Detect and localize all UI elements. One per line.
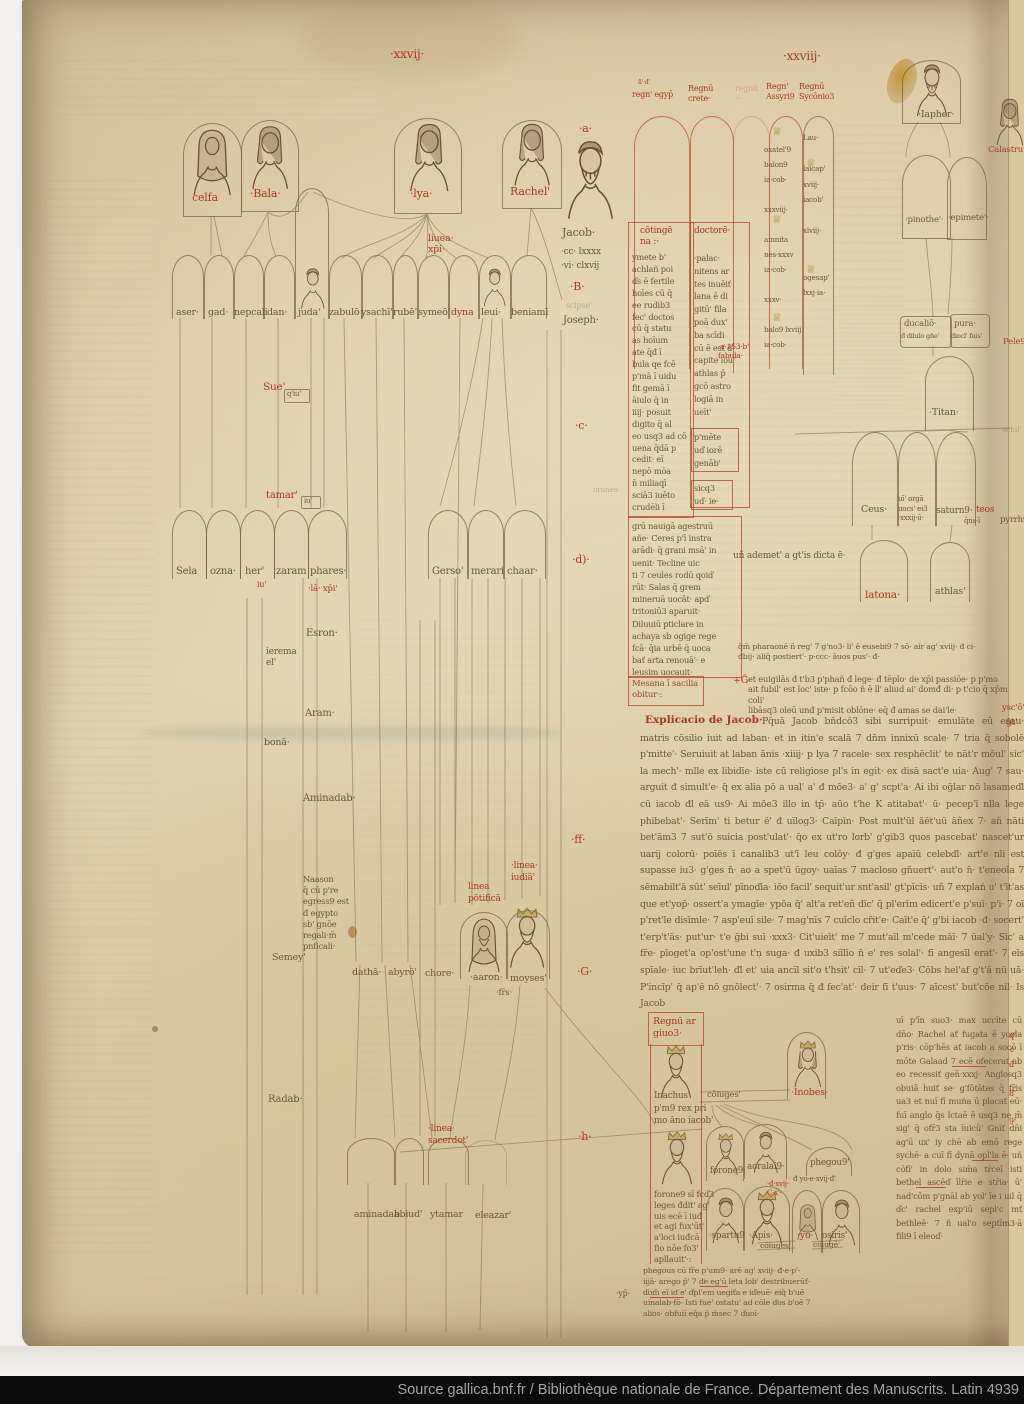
- tamar-tag: iu': [304, 497, 312, 505]
- label-teos: teos: [976, 505, 994, 515]
- edge-letter: 9': [1009, 1117, 1016, 1126]
- label-ceus: Ceus·: [861, 505, 887, 516]
- kingdom-header-crete: Regnū crete·: [688, 84, 713, 104]
- header-regnum-argivorum: Regnū ar giuo3·: [653, 1016, 696, 1040]
- portrait-phoroneus: [654, 1130, 698, 1188]
- label-ducalion: ducaliō·: [904, 320, 936, 330]
- section-letter-d: ·d)·: [572, 554, 590, 567]
- bleedthrough-texture: [835, 125, 905, 415]
- label-ozna: ozna·: [210, 566, 236, 578]
- label-zabulon: zabulō: [329, 308, 359, 319]
- blue-streak-stain: [140, 726, 560, 740]
- bleedthrough-texture: [45, 180, 155, 1260]
- label-aaron: ·aaron·: [470, 973, 502, 984]
- red-underline-letalob: [650, 1297, 684, 1298]
- arch-eleazar: [465, 1140, 507, 1185]
- label-joseph: Joseph·: [563, 315, 599, 327]
- source-attribution-text: Source gallica.bnf.fr / Bibliothèque nat…: [398, 1376, 1019, 1404]
- arch-titan: [925, 356, 974, 431]
- label-gerson: Gerso': [432, 566, 463, 578]
- ink-spot: [348, 926, 357, 938]
- kingdom-header-sicyoniorum: Regnū Sycōnio3: [799, 82, 834, 102]
- arch-abiud: [395, 1138, 424, 1185]
- mark-linea-christi: ·lā· xp̄i': [308, 585, 337, 595]
- text-phoroneus: forone9 sī fcď3 leges đdit' ag' uis ecē …: [654, 1189, 714, 1265]
- label-pirra2: diocl' fuis': [951, 333, 982, 340]
- note-small-red: ·đ·xvij· C·x'·: [767, 1180, 789, 1198]
- label-ierema: ierema el': [266, 647, 297, 669]
- jacob-note: scipse': [566, 301, 592, 310]
- label-dathan: dathā·: [352, 968, 381, 979]
- marginal-yp: ·yp̄·: [616, 1289, 630, 1298]
- label-linea-christi: liuea· xp̄i·: [428, 233, 453, 255]
- portrait-lya: [400, 122, 456, 196]
- portrait-inobes: [790, 1036, 824, 1094]
- note-oranes: oranes·: [593, 486, 620, 495]
- manuscript-scan: ·xxvij· ·xxviij· celfa ·Bala· ·lya· Rach…: [0, 0, 1024, 1404]
- gallica-caption-bar: Source gallica.bnf.fr / Bibliothèque nat…: [0, 1376, 1024, 1404]
- mark-iu: iu': [257, 580, 266, 589]
- label-celfa: celfa: [192, 192, 218, 205]
- portrait-jacob: [560, 136, 618, 226]
- label-merari: merari: [471, 566, 504, 578]
- note-g-text: et euigilās đ t'b3 p'phañ đ lege· đ tēpl…: [748, 674, 1024, 715]
- label-abiud: abiud': [394, 1210, 422, 1221]
- section-letter-a: ·a·: [579, 123, 592, 136]
- label-titan: ·Titan·: [929, 408, 959, 419]
- paragraph-explicatio: Pq̄uā Jacob bn̄dcō3 sibi surripuit· emul…: [640, 714, 1024, 1013]
- kingdom-header1-super: ñ'·đ': [638, 80, 650, 87]
- arch-aminadab2: [347, 1138, 395, 1185]
- label-ducalion2: đ diluīo gn̄e': [901, 333, 939, 340]
- label-coniuges3: cōiugē': [813, 1241, 840, 1250]
- damp-stain: [300, 0, 520, 80]
- label-nepcali: nepcali: [234, 308, 267, 319]
- label-ruben: rubē': [393, 308, 417, 319]
- label-linea-pontificalis: linea pōtificā: [468, 882, 501, 905]
- label-inobes: ·Inobes·: [791, 1088, 828, 1099]
- note-athene: uñ ademet' a gt'is dicta ē·: [733, 551, 845, 561]
- label-phares: phares·: [310, 566, 346, 578]
- label-aram: Aram·: [305, 708, 335, 720]
- label-aoralai: aoralai9·: [747, 1162, 784, 1172]
- right-column-text: uī p'īn suo3· max uccīte cū dn̄o· Rachel…: [896, 1014, 1022, 1244]
- jacob-year-numbers: ·cc· lxxxx ·vi· clxvij: [561, 245, 601, 273]
- label-radab: Radab·: [268, 1094, 302, 1106]
- label-ytamar: ytamar: [430, 1210, 463, 1221]
- portrait-rachel: [506, 122, 556, 190]
- label-esron: Esron·: [306, 628, 338, 640]
- label-eleazar: eleazar': [475, 1211, 511, 1222]
- section-letter-h: ·h·: [578, 1131, 591, 1144]
- label-moyses: moyses': [510, 974, 547, 985]
- note-ceus-row: uī' orgā uocs' ei3 ·xxxij·ū·: [898, 495, 927, 524]
- label-apis: ·Apis·: [749, 1231, 773, 1241]
- folio-number-right: ·xxviij·: [783, 50, 821, 64]
- label-phegous: phegou9': [810, 1158, 850, 1168]
- bottom-note-text: phegous cū fr̄e p'um9· arē ag' xviij· đ·…: [643, 1266, 815, 1320]
- folio-number-left: ·xxvij·: [390, 48, 424, 62]
- label-chore: chore·: [425, 969, 454, 980]
- label-bona: bonā·: [264, 738, 290, 749]
- red-underline-arego: [700, 1286, 728, 1287]
- red-underline-galaad: [952, 1066, 986, 1067]
- label-aminadab: Aminadab·: [303, 793, 355, 805]
- label-yo: ·yo·: [797, 1231, 813, 1242]
- header-contingentia: cōtingē na :·: [640, 226, 672, 248]
- arch-epimete: [947, 157, 987, 240]
- label-leui: leui·: [481, 308, 501, 319]
- label-fratres: ·fr̄s·: [496, 989, 512, 999]
- label-calastru: Calastru': [988, 146, 1024, 156]
- label-ysachar: ysachī': [361, 308, 393, 319]
- label-semey: Semey': [272, 953, 306, 964]
- edge-letter: c: [1010, 1045, 1014, 1054]
- red-underline-bethel: [916, 1187, 946, 1188]
- text-assyrian-kings: oxatel'9 balon9 ia·cob· xxxviij· amnita …: [764, 142, 801, 352]
- note-fabula: ·a·153·b' fabula·: [718, 342, 749, 360]
- label-juda: juda': [298, 308, 320, 319]
- label-abyron: abyrō': [388, 968, 417, 979]
- label-pirra: pura·: [954, 320, 976, 330]
- label-her: her': [245, 566, 264, 578]
- label-athlas: athlas': [935, 587, 965, 598]
- label-saturn: saturn9·: [936, 506, 972, 516]
- label-beniami: beniamī: [511, 308, 548, 319]
- label-sue: Sue': [263, 381, 285, 393]
- kingdom-header-assyriorum: Regn' Assyri9: [766, 82, 795, 102]
- label-japhet: ·Iapher·: [918, 110, 954, 121]
- arch-pinothe: [902, 155, 951, 239]
- edge-letter: q': [1009, 1031, 1016, 1040]
- label-zaram: zaram: [276, 566, 306, 578]
- note-phegous: đ yo·e·xvij·đ': [793, 1175, 836, 1183]
- label-chaar: chaar·: [507, 566, 538, 578]
- label-bala: ·Bala·: [250, 188, 281, 201]
- label-symeon: symeō': [418, 308, 450, 319]
- section-letter-ff: ·ff·: [571, 834, 585, 847]
- label-latona: latona·: [865, 589, 900, 601]
- label-dan: dan·: [267, 308, 287, 319]
- edge-letter: 8': [1009, 1089, 1016, 1098]
- label-gad: gad·: [208, 308, 228, 319]
- text-contingentia: ymete b' achlañ poi ďs ē fertile hoīes c…: [632, 252, 687, 514]
- section-letter-b: ·B·: [570, 281, 584, 294]
- label-linea-iudicum: ·linea· iudiā': [511, 861, 538, 884]
- kingdom-header-egypti: regn' egyp̄: [632, 90, 673, 99]
- label-jacob: Jacob·: [562, 227, 595, 240]
- label-pinothe: ·pinothe'·: [905, 216, 943, 226]
- label-qns: q̄ns·ī: [964, 517, 980, 525]
- portrait-bala: [246, 124, 292, 194]
- label-coniuges2: cōiuges': [760, 1242, 791, 1251]
- label-inachus: Inachus' p'm9 rex pri mo āno iacob': [654, 1090, 713, 1128]
- portrait-calastru: [992, 96, 1024, 150]
- label-tamar: tamar': [266, 490, 298, 502]
- label-aser: aser·: [176, 308, 199, 319]
- red-underline-dyna: [972, 1160, 998, 1161]
- text-incidentia: grū nauigā agestruū añe· Ceres p'ī instr…: [632, 520, 716, 679]
- scanner-background-band: [0, 1346, 1024, 1376]
- label-aminadab2: aminadab: [354, 1210, 400, 1221]
- portrait-aaron: [462, 916, 504, 976]
- marginal-red-ysio: ysc'ō': [1002, 704, 1024, 714]
- bleedthrough-texture: [60, 60, 380, 120]
- section-letter-g: ·G·: [577, 966, 592, 979]
- label-linea-sacerdotalis: ·linea· sacerdot': [428, 1124, 468, 1147]
- kingdom-header-faded: regnū ···: [735, 84, 758, 104]
- label-foroneus: forone9·: [710, 1166, 746, 1176]
- label-pyrrhus: pyrrh9': [1000, 516, 1024, 526]
- section-letter-c: ·c·: [575, 420, 588, 433]
- label-rachel: Rachel': [510, 186, 550, 199]
- label-coniuges: cōiuges': [707, 1091, 741, 1101]
- label-sela: Sela: [176, 566, 197, 578]
- sue-tag: q'iu': [287, 390, 301, 398]
- label-lya: ·lya·: [410, 188, 432, 201]
- text-mesana: Mesana ī sacilia obitur·:: [632, 679, 698, 701]
- crown-icon: ♕: [772, 126, 782, 139]
- ink-spot: [152, 1026, 158, 1032]
- portrait-moyses: [504, 902, 548, 976]
- label-achil: achil': [1002, 426, 1021, 435]
- label-peleus: Pele9': [1003, 338, 1024, 348]
- portrait-celfa: [186, 128, 236, 200]
- note-pharaon: q̄m̄ pharaonē ñ reg' 7 g'no3· li' ē euse…: [738, 642, 975, 662]
- label-epimete: ·epimete'·: [948, 214, 988, 224]
- text-doctores: ·palac· nitens ar tes inuēiť lana ē di g…: [694, 252, 735, 508]
- edge-letter: đ: [1009, 1060, 1014, 1069]
- label-naason-note: Naason q̄ cū p're egress9 est đ egypto s…: [303, 874, 349, 952]
- label-dyna: dyna: [451, 308, 473, 319]
- text-sicyonian-kings: Lau· laicap' xviij· iacob' xlviij· ogesa…: [803, 130, 829, 301]
- label-spartus: ·spartu9: [709, 1231, 745, 1241]
- header-doctores: doctorē·: [694, 226, 730, 236]
